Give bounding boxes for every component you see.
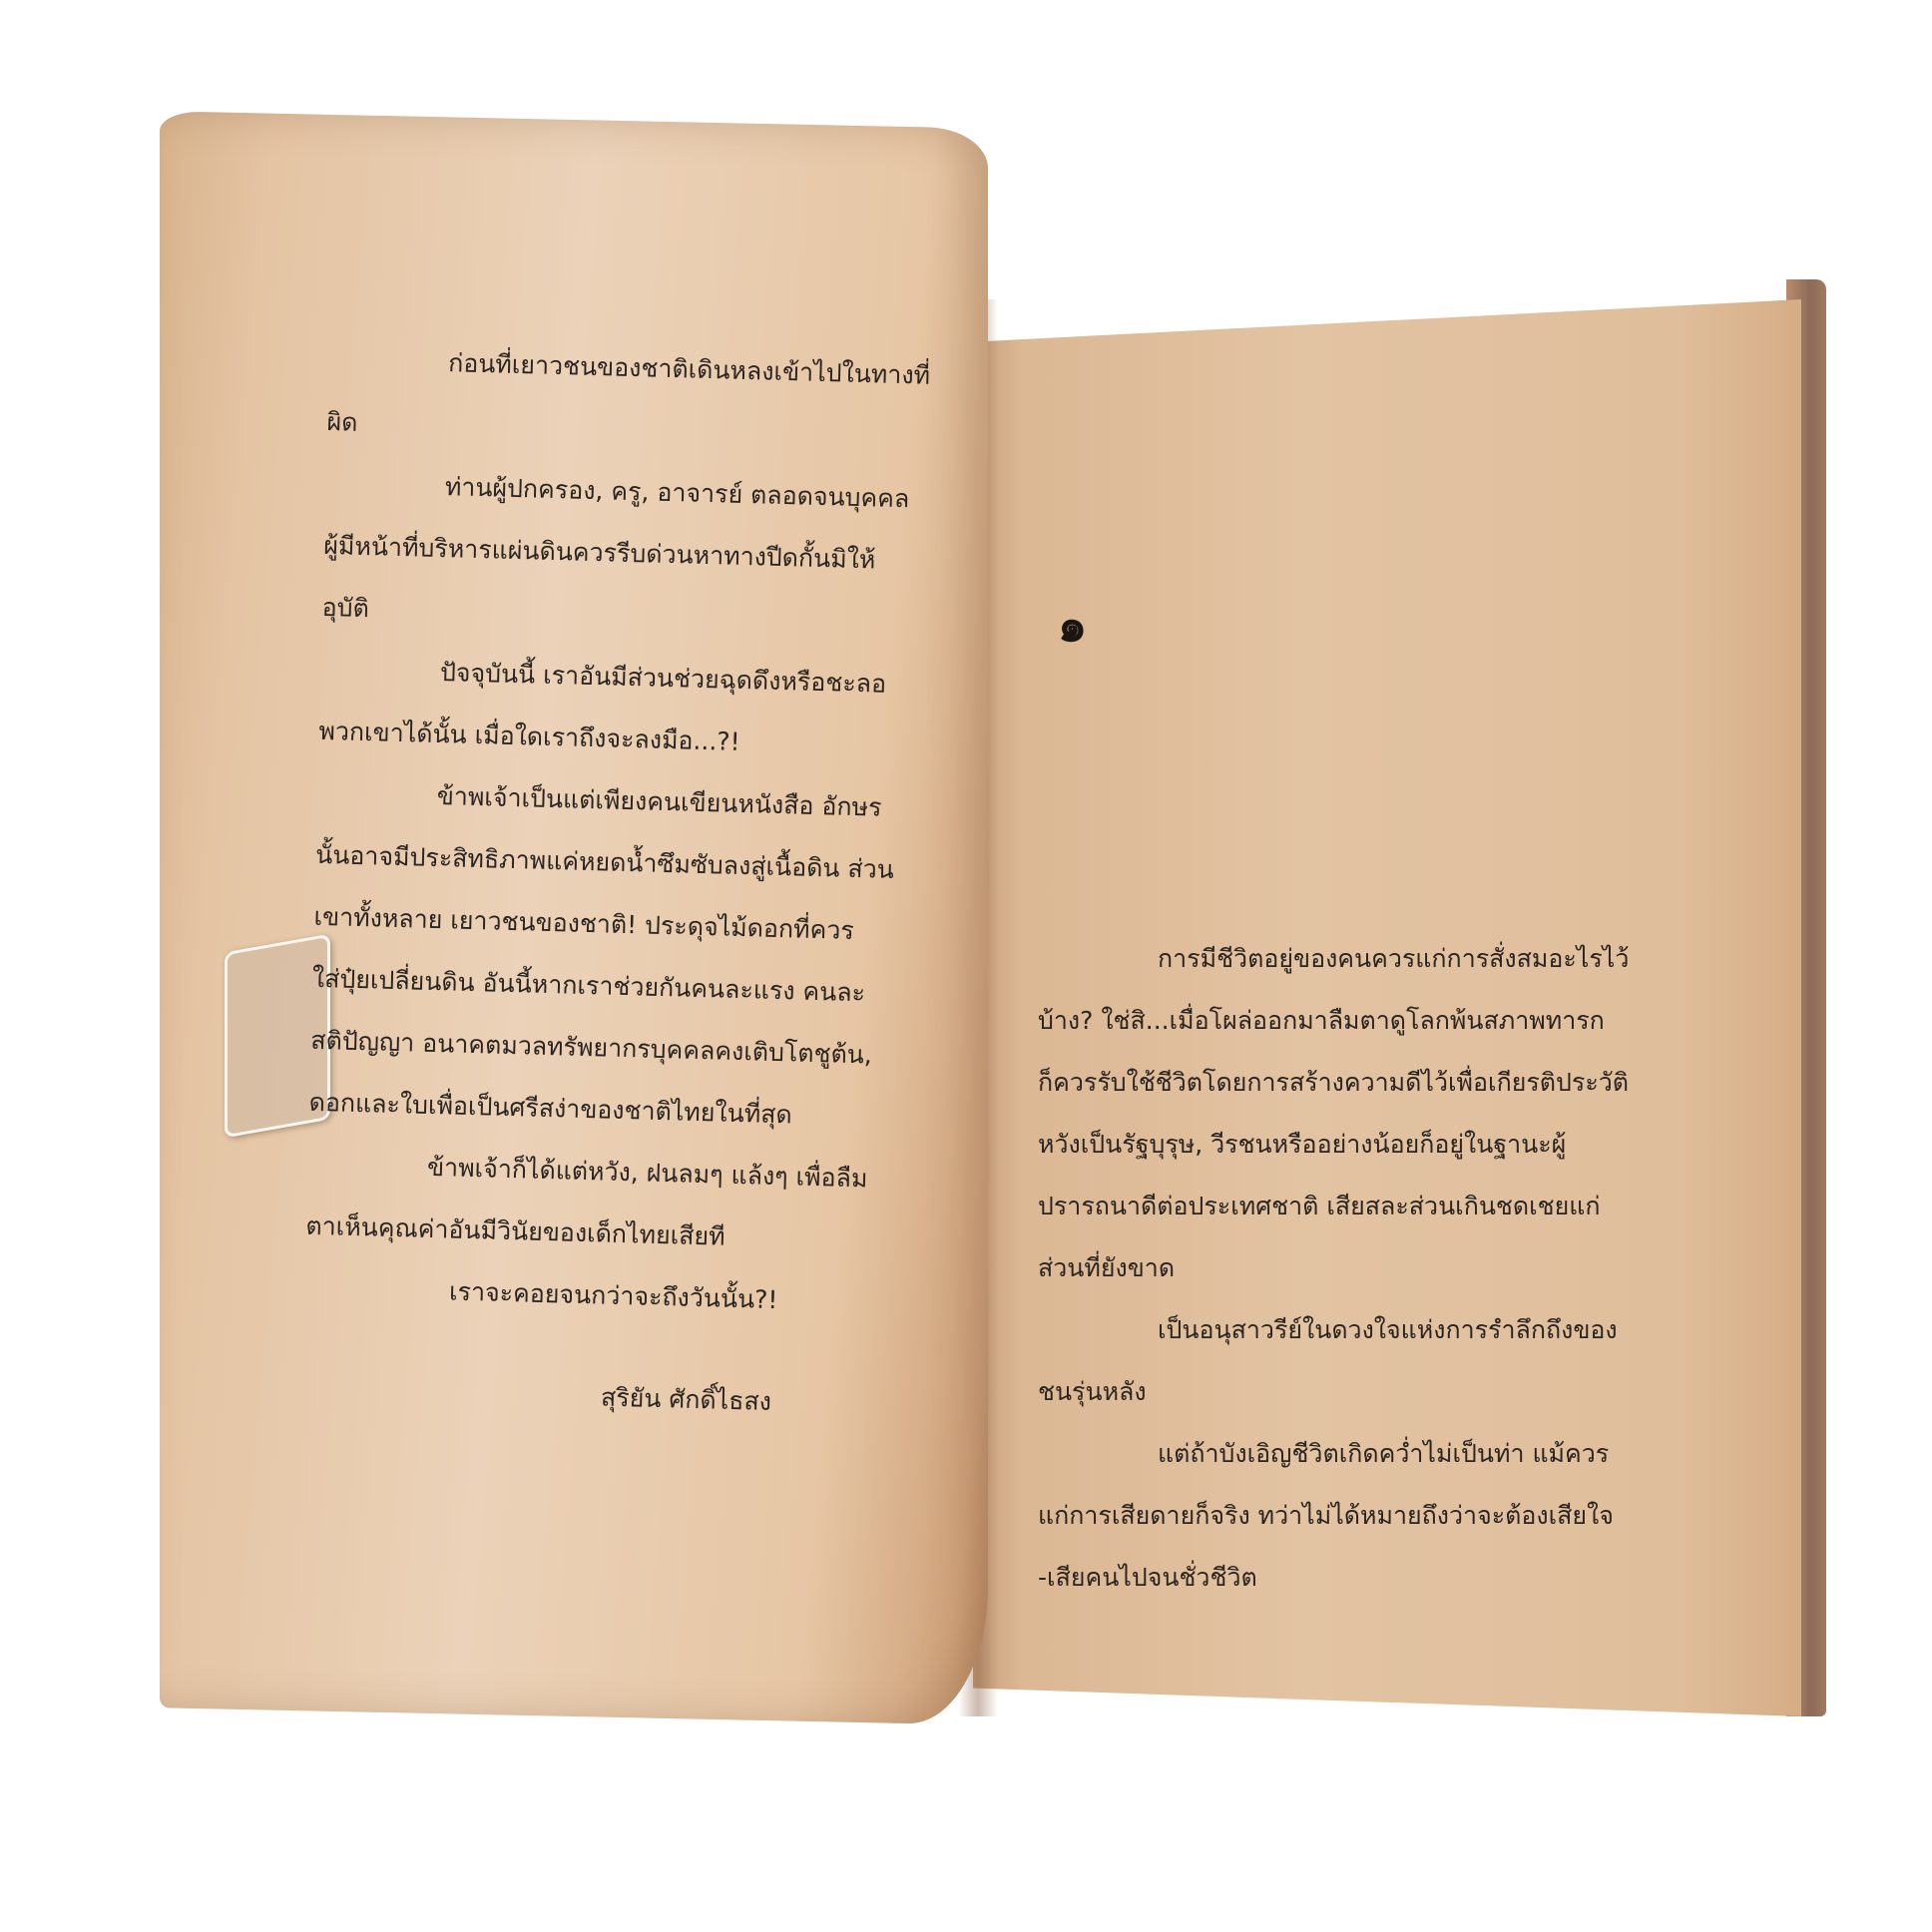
text-line: แต่ถ้าบังเอิญชีวิตเกิดคว่ำไม่เป็นท่า แม้… xyxy=(1038,1423,1716,1485)
left-page-text: ก่อนที่เยาวชนของชาติเดินหลงเข้าไปในทางที… xyxy=(300,329,947,1437)
text-line: บ้าง? ใช่สิ...เมื่อโผล่ออกมาลืมตาดูโลกพ้… xyxy=(1038,990,1716,1052)
text-line: ชนรุ่นหลัง xyxy=(1038,1361,1716,1423)
text-line: ส่วนที่ยังขาด xyxy=(1038,1237,1716,1299)
right-page-text: การมีชีวิตอยู่ของคนควรแก่การสั่งสมอะไรไว… xyxy=(1038,928,1716,1609)
text-line: ปรารถนาดีต่อประเทศชาติ เสียสละส่วนเกินชด… xyxy=(1038,1176,1716,1237)
text-line: การมีชีวิตอยู่ของคนควรแก่การสั่งสมอะไรไว… xyxy=(1038,928,1716,990)
open-book: ก่อนที่เยาวชนของชาติเดินหลงเข้าไปในทางที… xyxy=(0,0,1932,1932)
text-line: เป็นอนุสาวรีย์ในดวงใจแห่งการรำลึกถึงของ xyxy=(1038,1299,1716,1361)
text-line: หวังเป็นรัฐบุรุษ, วีรชนหรืออย่างน้อยก็อย… xyxy=(1038,1114,1716,1176)
text-line: แก่การเสียดายก็จริง ทว่าไม่ได้หมายถึงว่า… xyxy=(1038,1485,1716,1547)
text-line: -เสียคนไปจนชั่วชีวิต xyxy=(1038,1547,1716,1609)
chapter-number: ๑ xyxy=(1058,589,1087,662)
text-line: ก็ควรรับใช้ชีวิตโดยการสร้างความดีไว้เพื่… xyxy=(1038,1052,1716,1114)
